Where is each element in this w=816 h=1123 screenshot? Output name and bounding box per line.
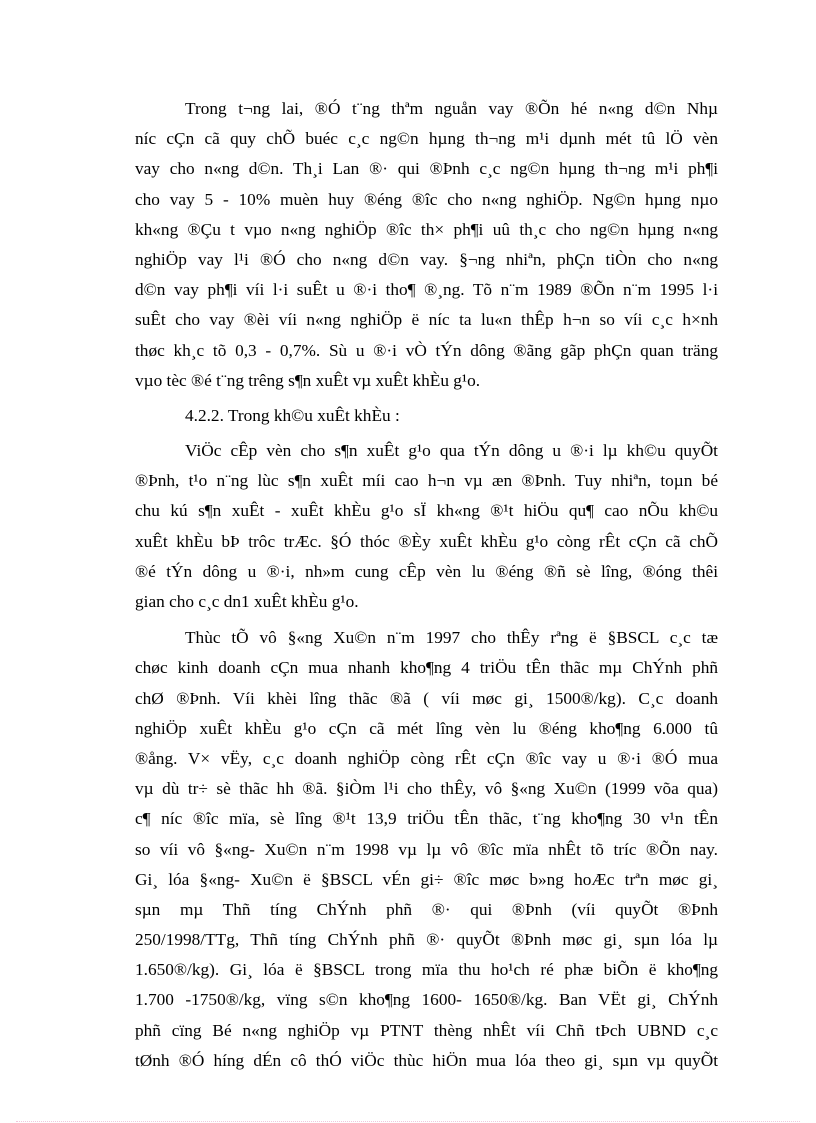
text-line: xuÊt khÈu bÞ trôc trÆc. §Ó thóc ®Èy xuÊt… xyxy=(135,527,718,557)
text-line: Trong t¬ng lai, ®Ó t¨ng thªm nguån vay ®… xyxy=(135,94,718,124)
text-line: c¶ níc ®îc mïa, sè lîng ®¹t 13,9 triÖu t… xyxy=(135,804,718,834)
text-line: níc cÇn cã quy chÕ buéc c¸c ng©n hµng th… xyxy=(135,124,718,154)
section-heading: 4.2.2. Trong kh©u xuÊt khÈu : xyxy=(135,401,718,431)
text-line: phñ cïng Bé n«ng nghiÖp vµ PTNT thèng nh… xyxy=(135,1016,718,1046)
paragraph-2: ViÖc cÊp vèn cho s¶n xuÊt g¹o qua tÝn dô… xyxy=(135,436,718,617)
text-line: chu kú s¶n xuÊt - xuÊt khÈu g¹o sÏ kh«ng… xyxy=(135,496,718,526)
text-line: nghiÖp xuÊt khÈu g¹o cÇn cã mét lîng vèn… xyxy=(135,714,718,744)
text-line: ®Þnh, t¹o n¨ng lùc s¶n xuÊt míi cao h¬n … xyxy=(135,466,718,496)
text-line: Thùc tÕ vô §«ng Xu©n n¨m 1997 cho thÊy r… xyxy=(135,623,718,653)
section-heading-4-2-2: 4.2.2. Trong kh©u xuÊt khÈu : xyxy=(135,401,718,431)
page-bottom-dotted-rule xyxy=(16,1121,800,1122)
text-line: chøc kinh doanh cÇn mua nhanh kho¶ng 4 t… xyxy=(135,653,718,683)
text-line: so víi vô §«ng- Xu©n n¨m 1998 vµ lµ vô ®… xyxy=(135,835,718,865)
text-line: ®ång. V× vËy, c¸c doanh nghiÖp còng rÊt … xyxy=(135,744,718,774)
text-line: vµo tèc ®é t¨ng trêng s¶n xuÊt vµ xuÊt k… xyxy=(135,366,718,396)
text-line: d©n vay ph¶i víi l·i suÊt u ®·i tho¶ ®¸n… xyxy=(135,275,718,305)
text-line: 1.650®/kg). Gi¸ lóa ë §BSCL trong mïa th… xyxy=(135,955,718,985)
text-line: kh«ng ®Çu t vµo n«ng nghiÖp ®îc th× ph¶i… xyxy=(135,215,718,245)
text-line: gian cho c¸c dn1 xuÊt khÈu g¹o. xyxy=(135,587,718,617)
text-line: 250/1998/TTg, Thñ tíng ChÝnh phñ ®· quyÕ… xyxy=(135,925,718,955)
text-line: chØ ®Þnh. Víi khèi lîng thãc ®ã ( víi mø… xyxy=(135,684,718,714)
document-body: Trong t¬ng lai, ®Ó t¨ng thªm nguån vay ®… xyxy=(135,94,718,1076)
text-line: vµ dù tr÷ sè thãc hh ®ã. §iÒm l¹i cho th… xyxy=(135,774,718,804)
text-line: sµn mµ Thñ tíng ChÝnh phñ ®· qui ®Þnh (v… xyxy=(135,895,718,925)
text-line: cho vay 5 - 10% muèn huy ®éng ®îc cho n«… xyxy=(135,185,718,215)
paragraph-1: Trong t¬ng lai, ®Ó t¨ng thªm nguån vay ®… xyxy=(135,94,718,396)
text-line: tØnh ®Ó híng dÉn cô thÓ viÖc thùc hiÖn m… xyxy=(135,1046,718,1076)
text-line: vay cho n«ng d©n. Th¸i Lan ®· qui ®Þnh c… xyxy=(135,154,718,184)
text-line: nghiÖp vay l¹i ®Ó cho n«ng d©n vay. §¬ng… xyxy=(135,245,718,275)
text-line: 1.700 -1750®/kg, vïng s©n kho¶ng 1600- 1… xyxy=(135,985,718,1015)
text-line: thøc kh¸c tõ 0,3 - 0,7%. Sù u ®·i vÒ tÝn… xyxy=(135,336,718,366)
text-line: suÊt cho vay ®èi víi n«ng nghiÖp ë níc t… xyxy=(135,305,718,335)
text-line: ®é tÝn dông u ®·i, nh»m cung cÊp vèn lu … xyxy=(135,557,718,587)
document-page: Trong t¬ng lai, ®Ó t¨ng thªm nguån vay ®… xyxy=(0,0,816,1123)
text-line: Gi¸ lóa §«ng- Xu©n ë §BSCL vÉn gi÷ ®îc m… xyxy=(135,865,718,895)
paragraph-3: Thùc tÕ vô §«ng Xu©n n¨m 1997 cho thÊy r… xyxy=(135,623,718,1076)
text-line: ViÖc cÊp vèn cho s¶n xuÊt g¹o qua tÝn dô… xyxy=(135,436,718,466)
